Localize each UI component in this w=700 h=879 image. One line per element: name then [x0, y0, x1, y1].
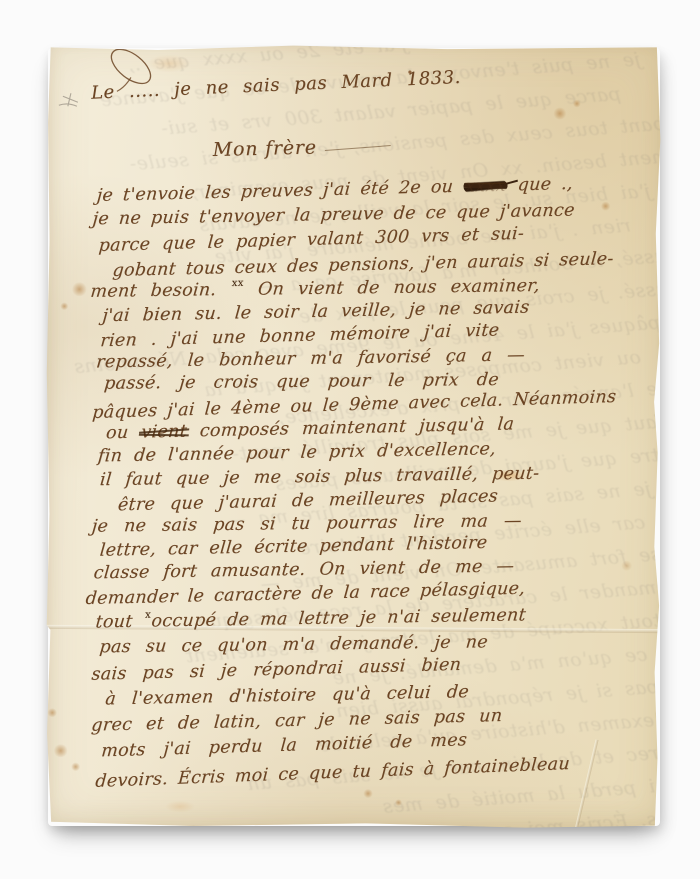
- insertion-mark: x: [145, 610, 152, 621]
- pencil-cross-mark: [59, 93, 78, 106]
- foxing-spot: [573, 100, 581, 108]
- manuscript-line: sais pas si je répondrai aussi bien: [91, 655, 462, 685]
- showthrough-line: Le ..... je ne sais pas Mard 1833.: [310, 0, 680, 29]
- stain-smear: [165, 801, 195, 813]
- manuscript-line: demander le caractère de la race pélasgi…: [85, 579, 526, 609]
- foxing-spot: [363, 789, 373, 798]
- manuscript-line: passé. je crois que pour le prix de: [103, 370, 500, 394]
- manuscript-line: classe fort amusante. On vient de me —: [93, 556, 515, 583]
- foxing-spot: [71, 762, 80, 771]
- foxing-spot: [53, 744, 68, 757]
- photo-backdrop: Le ..... je ne sais pas Mard 1833.je t'e…: [0, 0, 700, 879]
- manuscript-line: parce que le papier valant 300 vrs et su…: [98, 224, 525, 256]
- foxing-spot: [71, 282, 87, 296]
- manuscript-line: fin de l'année pour le prix d'excellence…: [97, 439, 497, 466]
- foxing-spot: [553, 108, 567, 120]
- struck-out-word: vient: [141, 422, 188, 443]
- letter-salutation: Mon frère: [213, 135, 392, 161]
- foxing-spot: [621, 561, 633, 571]
- corner-crease: [575, 739, 599, 829]
- letter-paper: Le ..... je ne sais pas Mard 1833.je t'e…: [45, 44, 663, 829]
- manuscript-line: pas su ce qu'on m'a demandé. je ne: [99, 632, 489, 657]
- insertion-mark: xx: [231, 278, 244, 289]
- manuscript-line: mots j'ai perdu la moitié de mes: [101, 730, 468, 761]
- manuscript-line: à l'examen d'histoire qu'à celui de: [105, 682, 470, 709]
- showthrough-line: je t'envoie les preuves j'ai été 2e ou x…: [127, 14, 660, 76]
- salutation-flourish: [325, 145, 391, 151]
- foxing-spot: [601, 202, 611, 211]
- foxing-spot: [395, 799, 402, 806]
- foxing-spot: [47, 708, 57, 717]
- stain-smear: [147, 54, 191, 72]
- letter-body: je t'envoie les preuves j'ai été 2e ou x…: [47, 44, 663, 46]
- letter-dateline: Le ..... je ne sais pas Mard 1833.: [91, 67, 462, 104]
- manuscript-line: être que j'aurai de meilleures places: [117, 486, 499, 515]
- salutation-text: Mon frère: [213, 137, 318, 161]
- foxing-spot: [60, 302, 68, 310]
- showthrough-line: devoirs. Écris moi ce que tu fais à font…: [188, 803, 700, 865]
- scribbled-out-word: xxxx: [462, 176, 508, 197]
- manuscript-line: lettre, car elle écrite pendant l'histoi…: [99, 533, 488, 561]
- manuscript-line: devoirs. Écris moi ce que tu fais à font…: [95, 754, 571, 792]
- dateline-text: Le ..... je ne sais pas Mard 1833.: [91, 67, 462, 104]
